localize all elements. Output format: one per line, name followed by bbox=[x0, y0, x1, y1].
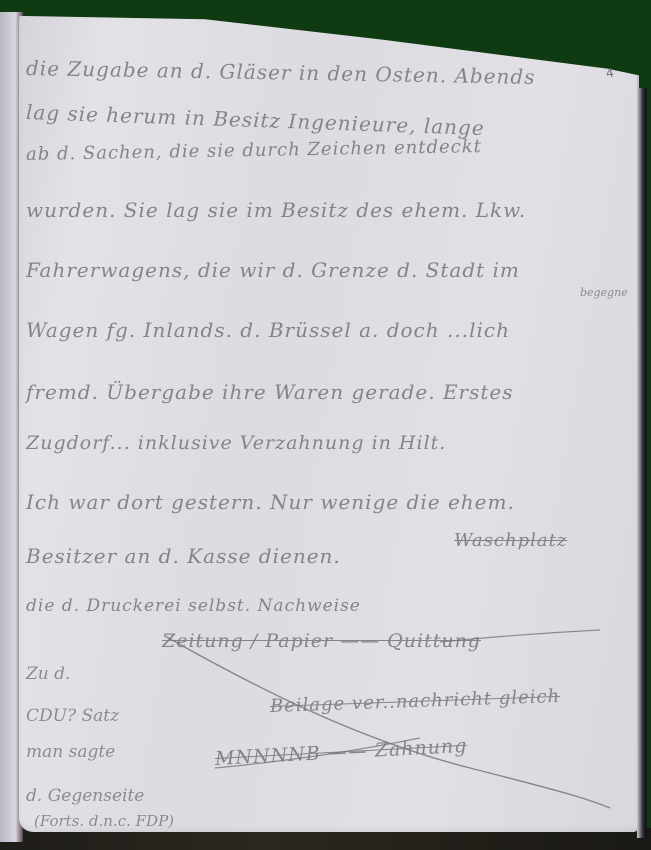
margin-note-5: (Forts. d.n.c. FDP) bbox=[34, 812, 174, 830]
handwritten-line-9: Ich war dort gestern. Nur wenige die ehe… bbox=[26, 490, 515, 514]
handwritten-line-8: Zugdorf... inklusive Verzahnung in Hilt. bbox=[26, 432, 446, 454]
margin-note-4: d. Gegenseite bbox=[26, 786, 144, 806]
handwritten-line-7: fremd. Übergabe ihre Waren gerade. Erste… bbox=[26, 380, 514, 404]
handwritten-line-6: Wagen fg. Inlands. d. Brüssel a. doch ..… bbox=[26, 318, 510, 342]
crossed-out-line-1: Zeitung / Papier —— Quittung bbox=[162, 630, 481, 652]
handwritten-line-11: die d. Druckerei selbst. Nachweise bbox=[26, 596, 361, 616]
handwritten-line-4: wurden. Sie lag sie im Besitz des ehem. … bbox=[26, 198, 526, 222]
crossed-word: Waschplatz bbox=[454, 530, 567, 551]
page-number: 4 bbox=[605, 65, 615, 80]
margin-note-1: Zu d. bbox=[26, 664, 70, 684]
margin-note-2: CDU? Satz bbox=[26, 706, 119, 726]
handwritten-line-5: Fahrerwagens, die wir d. Grenze d. Stadt… bbox=[26, 258, 520, 282]
margin-note-3: man sagte bbox=[26, 742, 115, 762]
handwritten-line-10: Besitzer an d. Kasse dienen. bbox=[26, 544, 341, 568]
notebook-page-edge bbox=[637, 88, 647, 838]
insertion-note: begegne bbox=[580, 286, 628, 299]
